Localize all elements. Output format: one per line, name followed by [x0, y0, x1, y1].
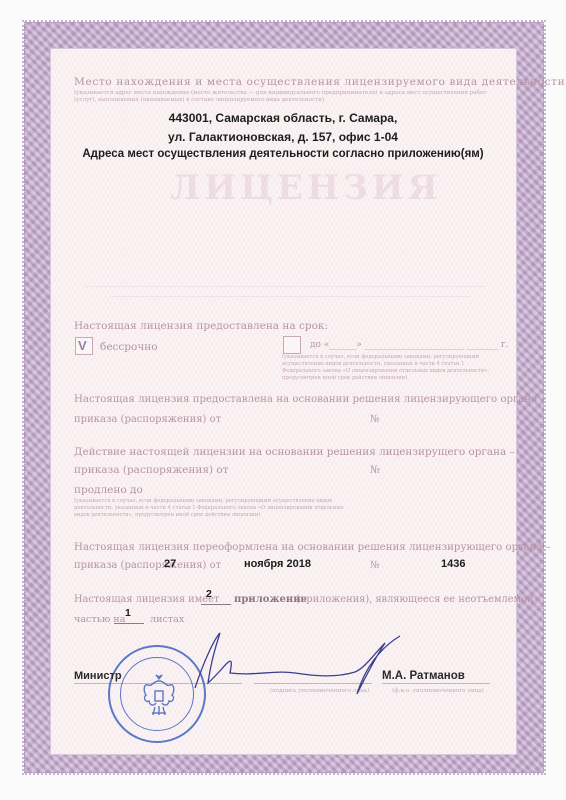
- coat-of-arms-icon: [140, 673, 178, 717]
- term-label: Настоящая лицензия предоставлена на срок…: [74, 320, 328, 332]
- reissued-number: 1436: [441, 558, 465, 570]
- appendix-prefix: Настоящая лицензия имеет: [74, 594, 219, 605]
- appendix-sheets-underline: [114, 623, 144, 624]
- address-header: Место нахождения и места осуществления л…: [74, 76, 565, 88]
- watermark-title: ЛИЦЕНЗИЯ: [170, 168, 442, 208]
- perpetual-label: бессрочно: [100, 341, 158, 353]
- granted-line-1: Настоящая лицензия предоставлена на осно…: [74, 394, 546, 405]
- extended-hint: (указывается в случае, если федеральными…: [74, 498, 354, 519]
- faded-line: [85, 286, 485, 287]
- reissued-day: 27: [164, 558, 176, 570]
- address-line-3: Адреса мест осуществления деятельности с…: [0, 148, 566, 160]
- signature-scrawl: [175, 628, 415, 698]
- extended-line-1: Действие настоящей лицензии на основании…: [74, 446, 515, 458]
- reissued-line-1: Настоящая лицензия переоформлена на осно…: [74, 542, 551, 553]
- appendix-line-2-suffix: листах: [150, 614, 184, 625]
- extended-line-2: приказа (распоряжения) от: [74, 464, 229, 476]
- address-line-1: 443001, Самарская область, г. Самара,: [0, 111, 566, 125]
- position-label: Министр: [74, 670, 122, 682]
- check-mark: V: [78, 338, 87, 353]
- appendix-suffix: (приложения), являющееся ее неотъемлемой: [296, 594, 534, 605]
- reissued-number-sign: №: [370, 560, 379, 571]
- address-line-2: ул. Галактионовская, д. 157, офис 1-04: [0, 130, 566, 144]
- until-label: до «______» ______________________ _____…: [310, 340, 509, 350]
- appendix-count: 2: [206, 588, 212, 600]
- extended-number-sign: №: [370, 464, 380, 476]
- granted-line-2: приказа (распоряжения) от: [74, 414, 221, 425]
- address-hint: (указывается адрес места нахождения (мес…: [74, 90, 504, 104]
- extended-until: продлено до: [74, 484, 143, 496]
- appendix-sheets: 1: [125, 607, 131, 619]
- reissued-month-year: ноября 2018: [244, 558, 311, 570]
- appendix-count-underline: [201, 604, 231, 605]
- faded-line: [110, 296, 470, 297]
- reissued-line-2: приказа (распоряжения) от: [74, 560, 221, 571]
- until-checkbox[interactable]: [283, 336, 301, 354]
- perpetual-checkbox[interactable]: V: [75, 337, 93, 355]
- until-hint: (указывается в случае, если федеральными…: [282, 354, 504, 382]
- granted-number-sign: №: [370, 414, 379, 425]
